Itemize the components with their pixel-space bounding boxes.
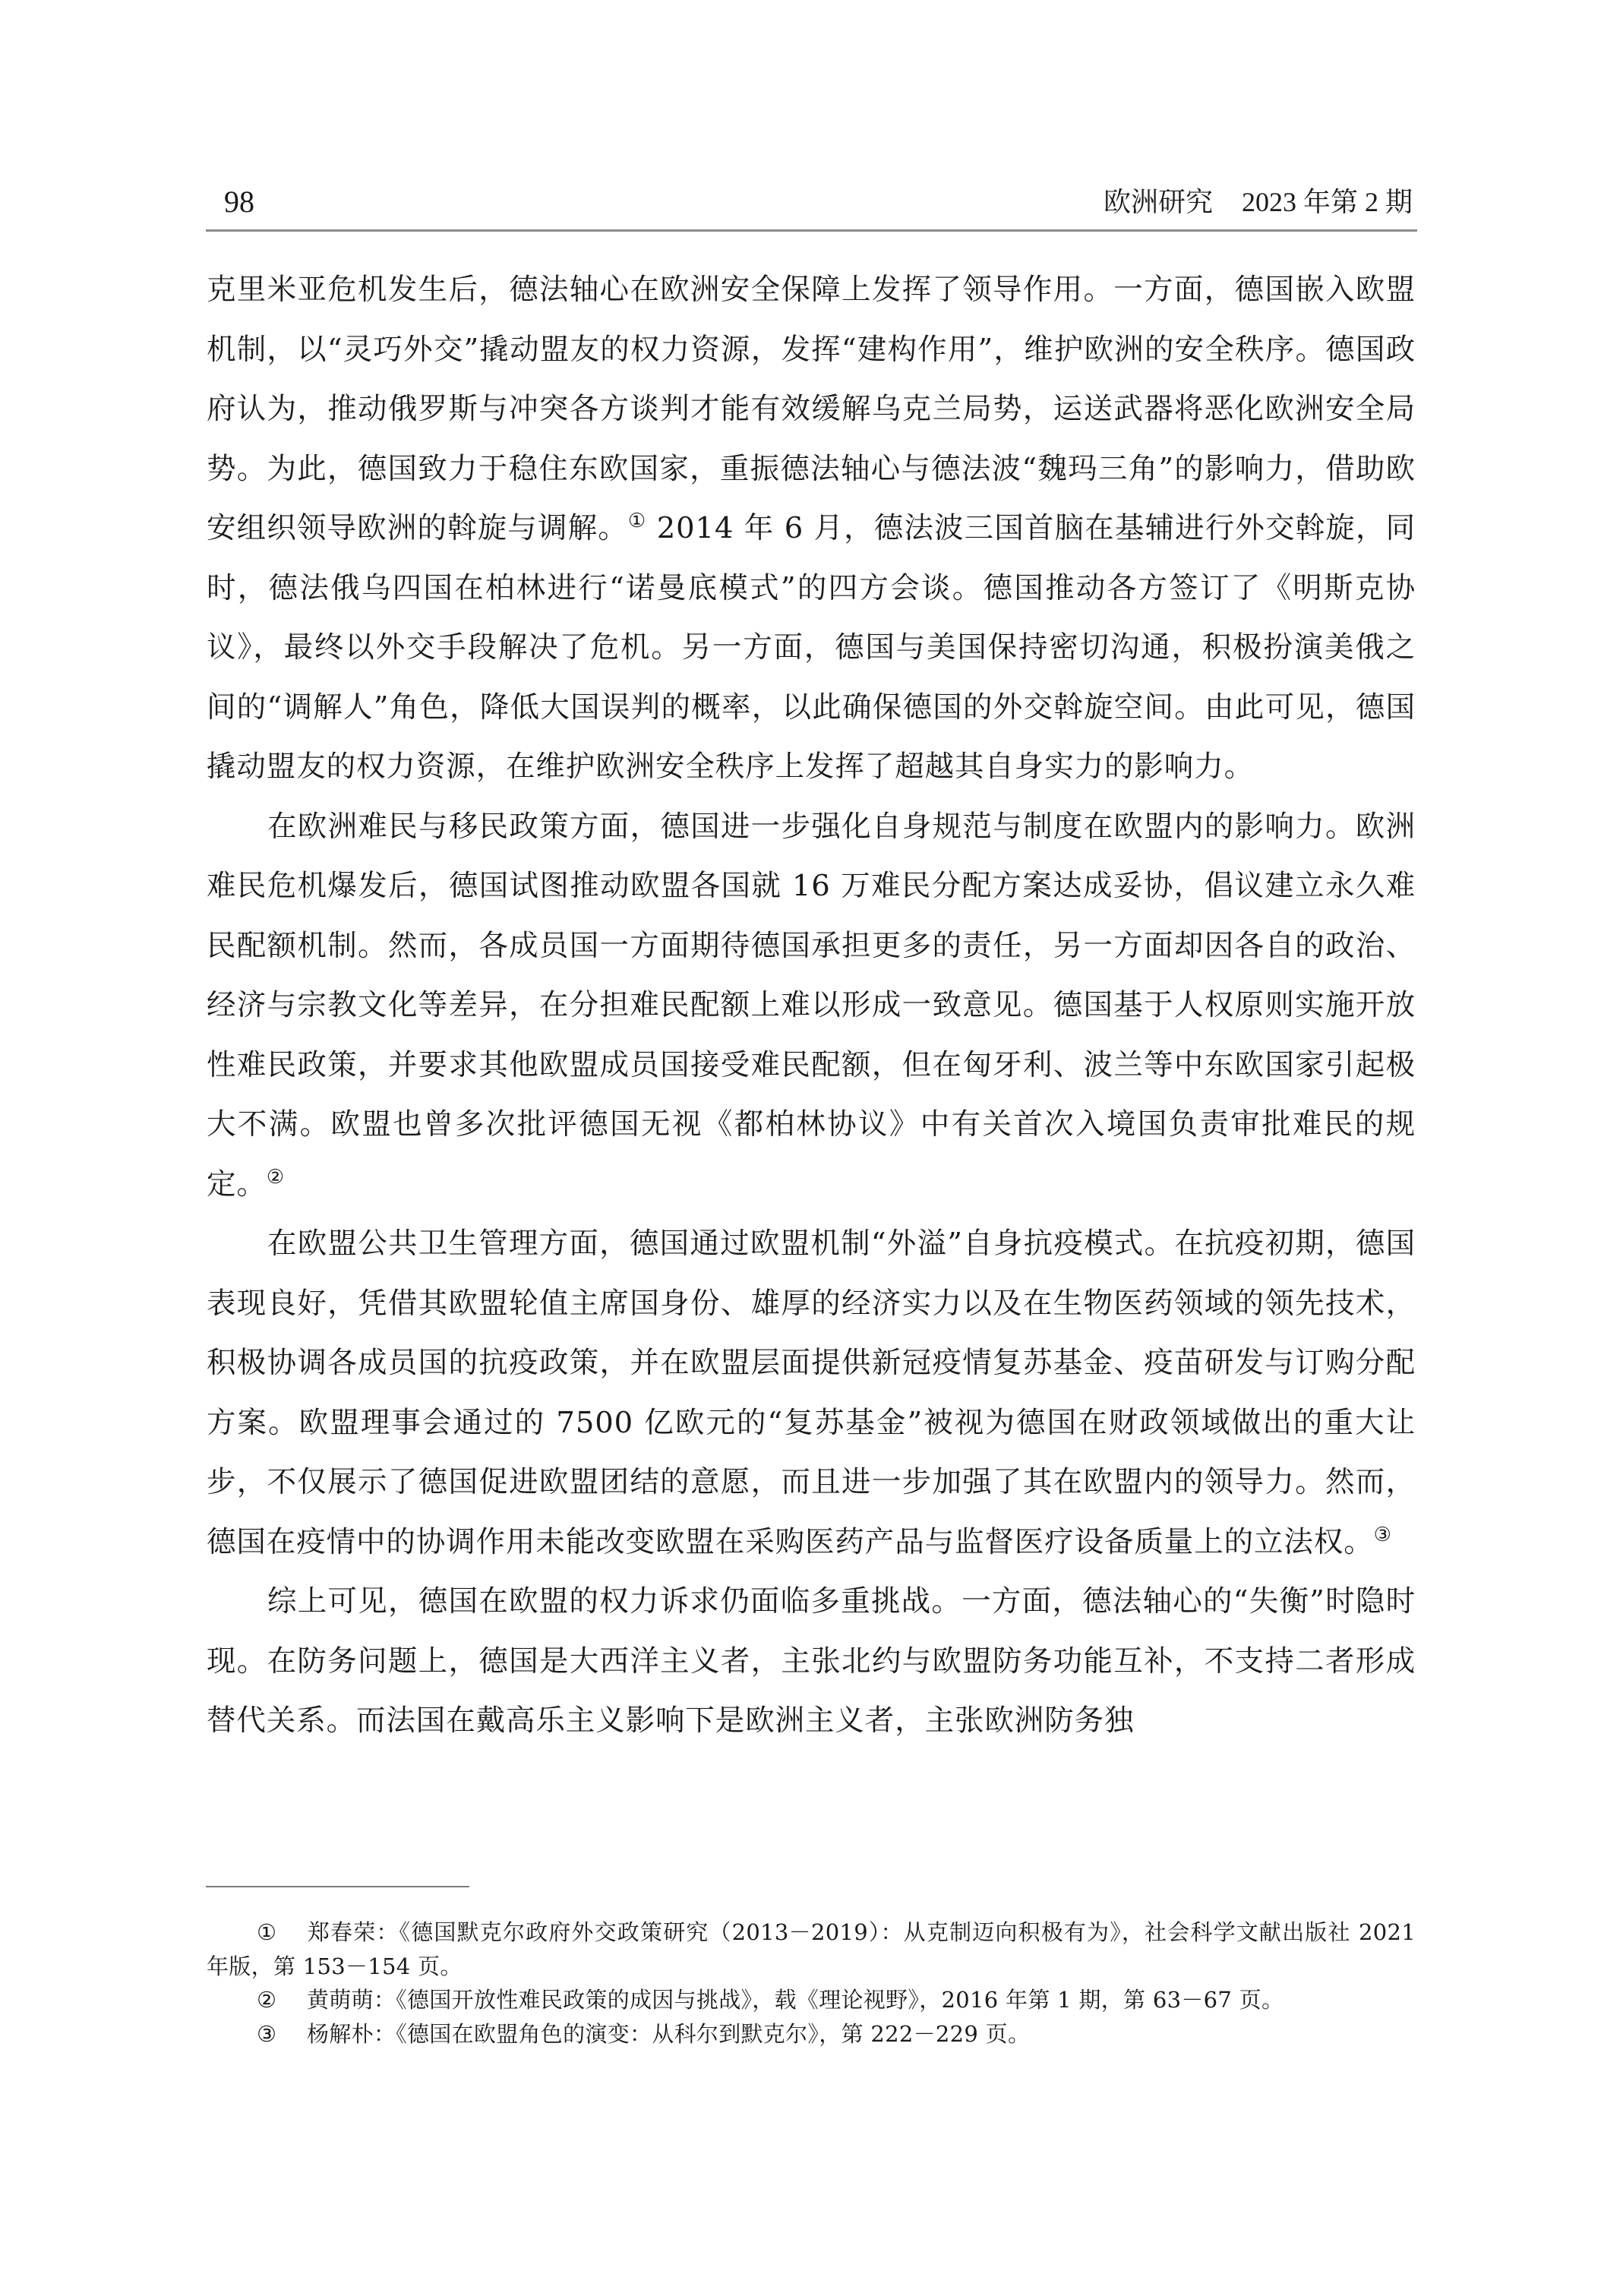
issue-label: 2023 年第 2 期 bbox=[1242, 187, 1413, 217]
footnote-mark-3: ③ bbox=[257, 2017, 307, 2051]
footnote-ref-3[interactable]: ③ bbox=[1374, 1524, 1392, 1546]
footnote-mark-1: ① bbox=[257, 1915, 307, 1950]
footnote-ref-2[interactable]: ② bbox=[267, 1166, 285, 1189]
footnote-mark-2: ② bbox=[257, 1983, 307, 2017]
header-rule bbox=[206, 229, 1417, 232]
footnote-text-3: 杨解朴：《德国在欧盟角色的演变：从科尔到默克尔》，第 222－229 页。 bbox=[307, 2021, 1030, 2047]
footnotes: ①郑春荣：《德国默克尔政府外交政策研究（2013－2019）：从克制迈向积极有为… bbox=[207, 1915, 1416, 2051]
paragraph-3: 在欧盟公共卫生管理方面，德国通过欧盟机制“外溢”自身抗疫模式。在抗疫初期，德国表… bbox=[207, 1214, 1416, 1572]
page-number: 98 bbox=[224, 185, 254, 219]
journal-name: 欧洲研究 bbox=[1104, 187, 1213, 217]
paragraph-4: 综上可见，德国在欧盟的权力诉求仍面临多重挑战。一方面，德法轴心的“失衡”时隐时现… bbox=[207, 1572, 1416, 1751]
journal-issue-label: 欧洲研究2023 年第 2 期 bbox=[1104, 185, 1413, 219]
paragraph-1: 克里米亚危机发生后，德法轴心在欧洲安全保障上发挥了领导作用。一方面，德国嵌入欧盟… bbox=[207, 261, 1416, 797]
paragraph-2: 在欧洲难民与移民政策方面，德国进一步强化自身规范与制度在欧盟内的影响力。欧洲难民… bbox=[207, 797, 1416, 1215]
footnote-2: ②黄萌萌：《德国开放性难民政策的成因与挑战》，载《理论视野》，2016 年第 1… bbox=[207, 1983, 1416, 2017]
footnote-text-1: 郑春荣：《德国默克尔政府外交政策研究（2013－2019）：从克制迈向积极有为》… bbox=[207, 1919, 1416, 1979]
footnote-1: ①郑春荣：《德国默克尔政府外交政策研究（2013－2019）：从克制迈向积极有为… bbox=[207, 1915, 1416, 1983]
footnote-ref-1[interactable]: ① bbox=[628, 510, 646, 532]
footnote-3: ③杨解朴：《德国在欧盟角色的演变：从科尔到默克尔》，第 222－229 页。 bbox=[207, 2017, 1416, 2051]
article-body: 克里米亚危机发生后，德法轴心在欧洲安全保障上发挥了领导作用。一方面，德国嵌入欧盟… bbox=[207, 261, 1416, 1751]
footnote-rule bbox=[206, 1886, 469, 1887]
footnote-text-2: 黄萌萌：《德国开放性难民政策的成因与挑战》，载《理论视野》，2016 年第 1 … bbox=[307, 1987, 1284, 2013]
running-header: 98 欧洲研究2023 年第 2 期 bbox=[206, 182, 1417, 229]
